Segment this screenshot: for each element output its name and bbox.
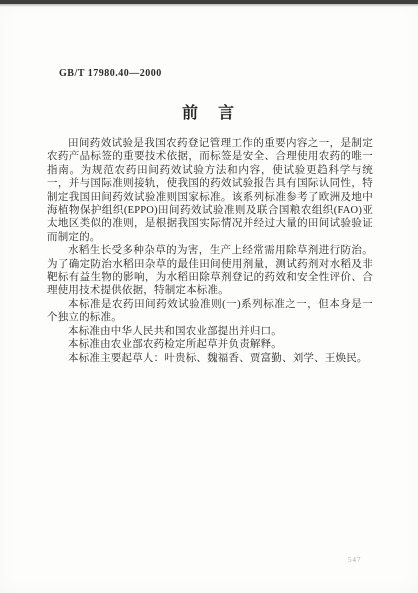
scanned-document-page: GB/T 17980.40—2000 前 言 田间药效试验是我国农药登记管理工作…	[0, 0, 418, 593]
foreword-paragraph: 本标准主要起草人：叶贵标、魏福香、贾富勤、刘学、王焕民。	[47, 352, 373, 365]
foreword-paragraph: 本标准由农业部农药检定所起草并负责解释。	[47, 338, 373, 351]
foreword-paragraph: 本标准是农药田间药效试验准则(一)系列标准之一，但本身是一个独立的标准。	[47, 298, 373, 325]
foreword-body: 田间药效试验是我国农药登记管理工作的重要内容之一，是制定农药产品标签的重要技术依…	[47, 137, 373, 365]
scan-edge-fade	[0, 4, 418, 7]
page-number: 547	[348, 556, 362, 564]
page-title: 前 言	[0, 100, 418, 123]
standard-number: GB/T 17980.40—2000	[59, 68, 162, 79]
foreword-paragraph: 本标准由中华人民共和国农业部提出并归口。	[47, 325, 373, 338]
foreword-paragraph: 水稻生长受多种杂草的为害，生产上经常需用除草剂进行防治。为了确定防治水稻田杂草的…	[47, 244, 373, 298]
foreword-paragraph: 田间药效试验是我国农药登记管理工作的重要内容之一，是制定农药产品标签的重要技术依…	[47, 137, 373, 244]
